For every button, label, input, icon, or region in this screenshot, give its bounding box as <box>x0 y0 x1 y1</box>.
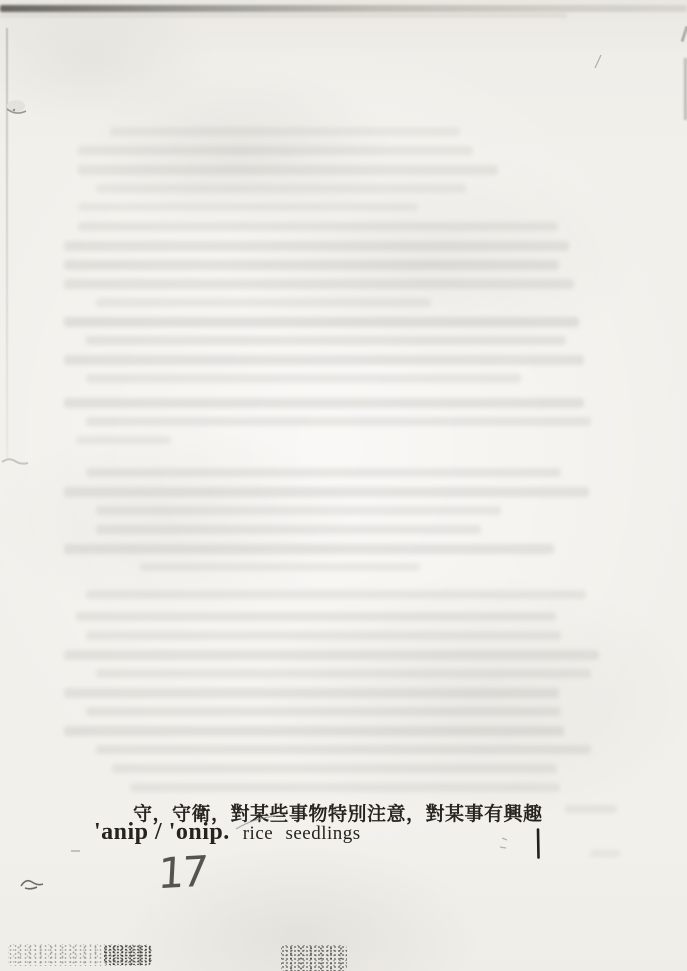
ghost-line <box>86 631 561 640</box>
ghost-line <box>64 544 554 554</box>
ghost-line <box>64 317 579 327</box>
scanner-edge-shadow-echo <box>0 14 567 17</box>
handwritten-page-number: 17 <box>157 847 207 899</box>
pen-vertical-stroke-mark <box>538 830 539 858</box>
scanner-edge-shadow-top <box>0 5 687 12</box>
ghost-line <box>130 783 560 792</box>
ghost-line <box>64 355 584 365</box>
ghost-line <box>86 336 566 345</box>
ghost-line <box>86 468 561 477</box>
ghost-line <box>96 525 481 534</box>
entry-headword: 'anip / 'onip. <box>94 819 230 845</box>
ghost-line <box>590 850 620 857</box>
ghost-line <box>110 127 460 136</box>
ghost-line <box>76 612 556 621</box>
ghost-line <box>96 298 431 307</box>
scribble-bottom-left-icon <box>21 881 43 889</box>
ghost-line <box>78 203 418 211</box>
ghost-line <box>96 184 466 193</box>
smudge-top-left-icon <box>7 100 26 113</box>
ghost-line <box>76 436 171 444</box>
ghost-line <box>64 688 559 698</box>
ghost-line <box>96 745 591 754</box>
ghost-line <box>78 146 473 155</box>
ghost-line <box>64 398 584 408</box>
scanner-edge-line-left <box>6 28 8 458</box>
scanned-page: 守，守衛，對某些事物特別注意，對某事有興趣 'anip / 'onip.rice… <box>0 0 687 971</box>
ghost-line <box>64 241 569 251</box>
ghost-line <box>86 590 586 599</box>
ghost-line <box>140 563 420 571</box>
slash-top-right-mark <box>595 55 601 68</box>
ghost-line <box>96 506 501 515</box>
ghost-line <box>64 726 564 736</box>
ghost-line <box>64 650 599 660</box>
smudge-mid-left-icon <box>2 459 28 463</box>
ghost-line <box>64 260 559 270</box>
ghost-line <box>86 417 591 426</box>
entry-definition: rice seedlings <box>243 823 361 844</box>
ghost-line <box>64 279 574 289</box>
pencil-ticks-mark <box>500 838 507 848</box>
stain-bottom-center <box>281 945 347 971</box>
ghost-line <box>112 764 557 773</box>
scanner-corner-mark <box>681 26 687 42</box>
ghost-line <box>64 487 589 497</box>
ghost-line <box>86 707 561 716</box>
ghost-line <box>86 374 521 383</box>
ghost-line <box>78 222 558 231</box>
entry-line: 'anip / 'onip.rice seedlings <box>94 819 361 846</box>
ghost-line <box>78 165 498 175</box>
stain-bottom-left-dark <box>104 945 152 965</box>
ghost-line <box>96 669 591 678</box>
